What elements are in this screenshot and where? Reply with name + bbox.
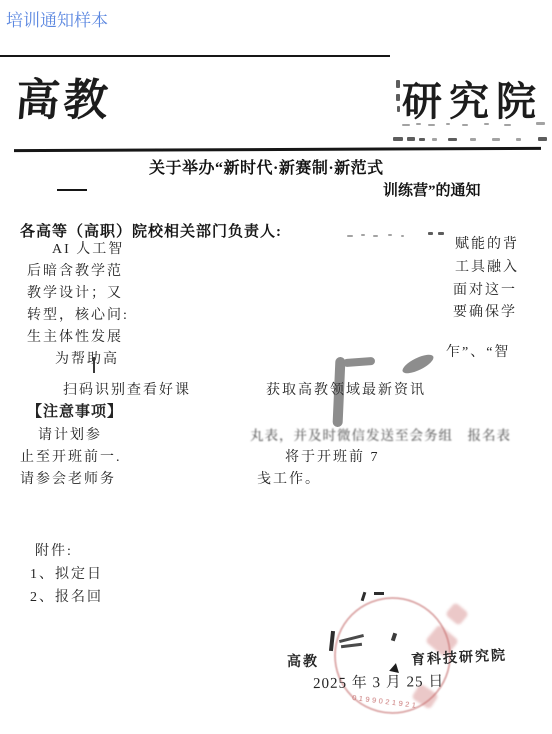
scan-artifact: [396, 94, 400, 101]
scan-top-border: [0, 55, 390, 57]
body-line: 乍”、“智: [446, 341, 510, 361]
notice-line: 请计划参: [38, 424, 102, 444]
watermark-stroke: [343, 357, 375, 367]
scan-artifact: [374, 592, 384, 595]
body-line: 工具融入: [455, 256, 519, 276]
body-line: 教学设计；又: [27, 282, 123, 302]
body-line: AI 人工智: [52, 238, 124, 258]
body-line: 要确保学: [453, 301, 517, 321]
scan-artifact: [361, 592, 367, 601]
body-line: 后暗含教学范: [27, 260, 123, 280]
letterhead-rule: [14, 147, 541, 152]
notice-line: 请参会老师务: [20, 468, 116, 488]
notice-title-line1: 关于举办“新时代·新赛制·新范式: [149, 155, 384, 178]
body-line: 转型，核心问:: [27, 304, 129, 324]
letterhead-left: 高教: [13, 64, 115, 128]
attachments-heading: 附件:: [35, 540, 73, 560]
notice-heading: 【注意事项】: [27, 400, 123, 421]
notice-line: 将于开班前 7: [285, 446, 380, 466]
notice-line: 戋工作。: [257, 468, 321, 488]
body-line: 赋能的背: [455, 233, 519, 253]
signature-date: 2025 年 3 月 25 日: [313, 670, 445, 693]
notice-line: 止至开班前一.: [20, 446, 122, 466]
document-scan: 高教 研究院 关于举办“新时代·新赛制·新范式 训练营”的通知 各高等（高职）院…: [0, 0, 552, 734]
attachment-item: 1、拟定日: [30, 563, 103, 583]
notice-line-blurred: 丸表，并及时微信发送至会务组 报名表: [250, 424, 511, 444]
watermark-stroke: [400, 351, 436, 377]
signature-org-left: 高教: [287, 651, 319, 671]
letterhead-right: 研究院: [402, 70, 543, 127]
attachment-item: 2、报名回: [30, 586, 103, 606]
notice-title-line2: 训练营”的通知: [383, 179, 481, 200]
body-line: 生主体性发展: [27, 326, 123, 346]
signature-org-right: 育科技研究院: [411, 645, 508, 670]
scan-artifact: [93, 357, 95, 373]
scan-artifact: [397, 106, 400, 112]
body-line: 为帮助高: [55, 348, 119, 368]
title-dash: [57, 189, 87, 191]
body-line: 面对这一: [453, 279, 517, 299]
qr-caption-right: 获取高教领域最新资讯: [266, 379, 426, 399]
stamp-glyphs: [445, 602, 469, 626]
scan-artifact: [396, 80, 400, 88]
qr-caption-left: 扫码识别查看好课: [63, 379, 191, 399]
